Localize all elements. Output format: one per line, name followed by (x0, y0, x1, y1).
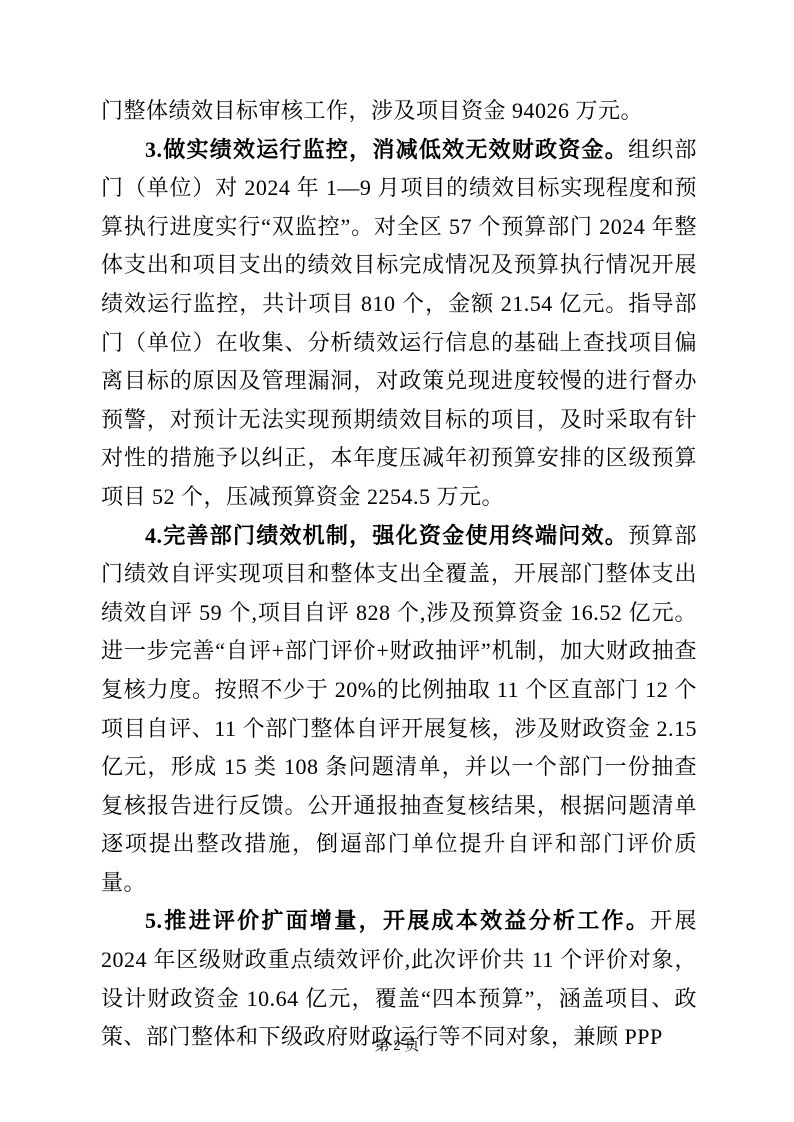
document-body: 门整体绩效目标审核工作，涉及项目资金 94026 万元。 3.做实绩效运行监控，… (101, 92, 697, 1057)
footer-page-number: 第 2 页 (0, 1036, 794, 1056)
paragraph-section-3: 3.做实绩效运行监控，消减低效无效财政资金。组织部门（单位）对 2024 年 1… (101, 131, 697, 517)
section-5-lead: 5.推进评价扩面增量，开展成本效益分析工作。 (145, 908, 650, 933)
paragraph-continuation: 门整体绩效目标审核工作，涉及项目资金 94026 万元。 (101, 92, 697, 131)
document-page: 门整体绩效目标审核工作，涉及项目资金 94026 万元。 3.做实绩效运行监控，… (0, 0, 794, 1122)
paragraph-section-5: 5.推进评价扩面增量，开展成本效益分析工作。开展 2024 年区级财政重点绩效评… (101, 902, 697, 1056)
paragraph-text: 预算部门绩效自评实现项目和整体支出全覆盖，开展部门整体支出绩效自评 59 个,项… (101, 523, 697, 895)
paragraph-text: 门整体绩效目标审核工作，涉及项目资金 94026 万元。 (101, 98, 643, 123)
section-4-lead: 4.完善部门绩效机制，强化资金使用终端问效。 (145, 523, 628, 548)
paragraph-section-4: 4.完善部门绩效机制，强化资金使用终端问效。预算部门绩效自评实现项目和整体支出全… (101, 517, 697, 903)
paragraph-text: 组织部门（单位）对 2024 年 1—9 月项目的绩效目标实现程度和预算执行进度… (101, 137, 697, 509)
section-3-lead: 3.做实绩效运行监控，消减低效无效财政资金。 (145, 137, 628, 162)
